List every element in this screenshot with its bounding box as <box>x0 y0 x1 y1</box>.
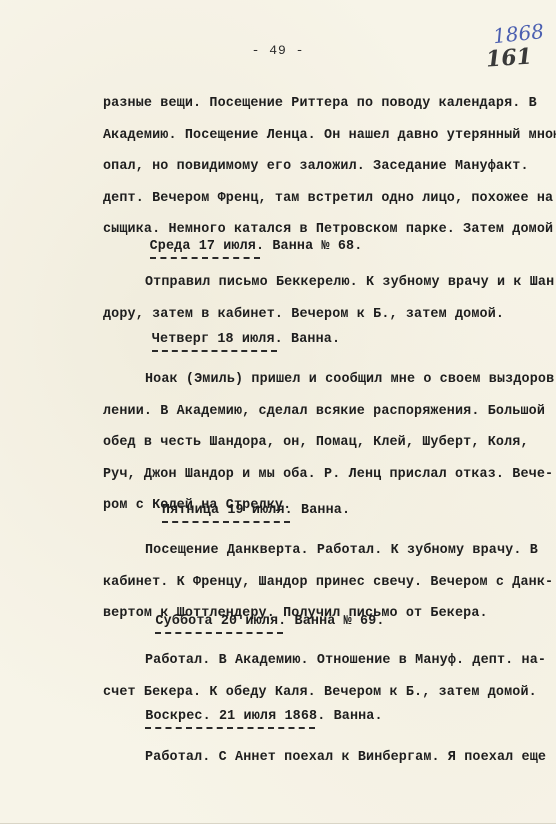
entry-paragraph: Ноак (Эмиль) пришел и сообщил мне о свое… <box>103 364 533 522</box>
entry-heading-text: Пятница 19 июля. Ванна. <box>162 503 350 518</box>
text-line: депт. Вечером Френц, там встретил одно л… <box>103 183 533 215</box>
heading-underline <box>150 257 260 259</box>
text-line: дору, затем в кабинет. Вечером к Б., зат… <box>103 299 533 331</box>
text-line: Посещение Данкверта. Работал. К зубному … <box>103 535 533 567</box>
entry-heading: Четверг 18 июля. Ванна. <box>0 332 556 352</box>
text-line: опал, но повидимому его заложил. Заседан… <box>103 151 533 183</box>
heading-underline <box>155 632 283 634</box>
entry-heading-text: Суббота 20 июля. Ванна № 69. <box>155 614 384 629</box>
text-line: разные вещи. Посещение Риттера по поводу… <box>103 88 533 120</box>
entry-paragraph: Работал. С Аннет поехал к Винбергам. Я п… <box>103 742 533 774</box>
heading-underline <box>162 521 290 523</box>
text-line: счет Бекера. К обеду Каля. Вечером к Б.,… <box>103 677 533 709</box>
text-line: Работал. В Академию. Отношение в Мануф. … <box>103 645 533 677</box>
entry-heading: Пятница 19 июля. Ванна. <box>0 503 556 523</box>
entry-heading-text: Четверг 18 июля. Ванна. <box>152 332 340 347</box>
entry-heading: Суббота 20 июля. Ванна № 69. <box>0 614 556 634</box>
text-line: лении. В Академию, сделал всякие распоря… <box>103 396 533 428</box>
heading-underline <box>145 727 315 729</box>
page-number: - 49 - <box>0 43 556 58</box>
text-line: обед в честь Шандора, он, Помац, Клей, Ш… <box>103 427 533 459</box>
entry-heading: Воскрес. 21 июля 1868. Ванна. <box>0 709 556 729</box>
entry-heading: Среда 17 июля. Ванна № 68. <box>0 239 556 259</box>
continuation-paragraph: разные вещи. Посещение Риттера по поводу… <box>103 88 533 246</box>
entry-paragraph: Отправил письмо Беккерелю. К зубному вра… <box>103 267 533 330</box>
entry-heading-text: Воскрес. 21 июля 1868. Ванна. <box>145 709 382 724</box>
text-line: Отправил письмо Беккерелю. К зубному вра… <box>103 267 533 299</box>
text-line: Академию. Посещение Ленца. Он нашел давн… <box>103 120 533 152</box>
typewritten-page: - 49 - 1868 161 разные вещи. Посещение Р… <box>0 0 556 824</box>
text-line: Руч, Джон Шандор и мы оба. Р. Ленц присл… <box>103 459 533 491</box>
entry-heading-text: Среда 17 июля. Ванна № 68. <box>150 239 363 254</box>
text-line: Ноак (Эмиль) пришел и сообщил мне о свое… <box>103 364 533 396</box>
text-line: кабинет. К Френцу, Шандор принес свечу. … <box>103 567 533 599</box>
heading-underline <box>152 350 277 352</box>
archive-folio-number: 161 <box>485 44 532 71</box>
entry-paragraph: Работал. В Академию. Отношение в Мануф. … <box>103 645 533 708</box>
archive-mark: 1868 161 <box>486 22 544 70</box>
text-line: Работал. С Аннет поехал к Винбергам. Я п… <box>103 742 533 774</box>
